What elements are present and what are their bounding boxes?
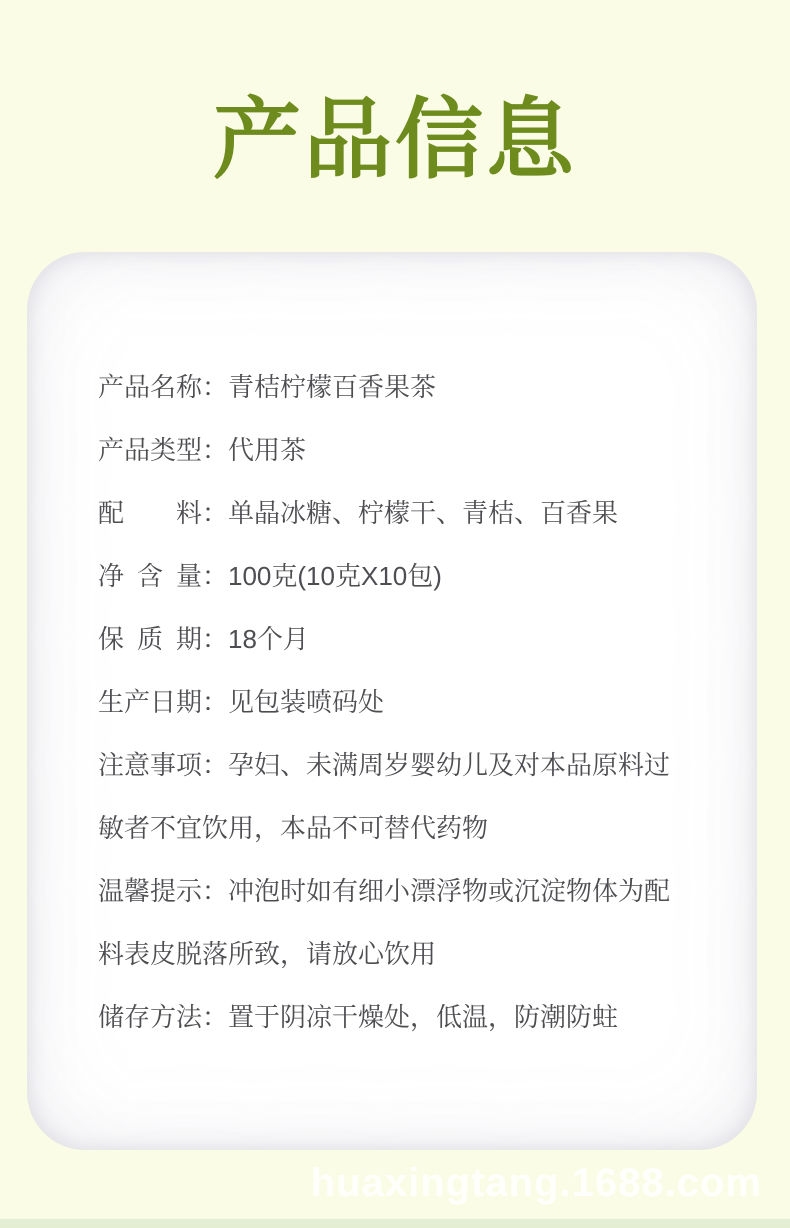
- row-colon: ：: [202, 608, 228, 671]
- row-colon: ：: [202, 482, 228, 545]
- product-row-ingredients: 配料：单晶冰糖、柠檬干、青桔、百香果: [98, 482, 682, 545]
- product-info-card: 产品名称：青桔柠檬百香果茶 产品类型：代用茶 配料：单晶冰糖、柠檬干、青桔、百香…: [27, 252, 757, 1150]
- product-row-tips: 温馨提示：冲泡时如有细小漂浮物或沉淀物体为配: [98, 860, 682, 923]
- row-label: 储存方法: [98, 986, 202, 1049]
- row-colon: ：: [202, 671, 228, 734]
- product-row-storage: 储存方法：置于阴凉干燥处，低温，防潮防蛀: [98, 986, 682, 1049]
- row-label: 产品名称: [98, 356, 202, 419]
- watermark: huaxingtang.1688.com: [311, 1161, 762, 1206]
- row-label: 温馨提示: [98, 860, 202, 923]
- row-colon: ：: [202, 356, 228, 419]
- row-colon: ：: [202, 419, 228, 482]
- row-value: 18个月: [228, 608, 309, 671]
- row-value: 100克(10克X10包): [228, 545, 442, 608]
- row-colon: ：: [202, 860, 228, 923]
- row-value: 冲泡时如有细小漂浮物或沉淀物体为配: [228, 860, 670, 923]
- row-label: 生产日期: [98, 671, 202, 734]
- row-colon: ：: [202, 545, 228, 608]
- row-label: 配料: [98, 482, 202, 545]
- product-row-name: 产品名称：青桔柠檬百香果茶: [98, 356, 682, 419]
- row-value: 单晶冰糖、柠檬干、青桔、百香果: [228, 482, 618, 545]
- row-value: 置于阴凉干燥处，低温，防潮防蛀: [228, 986, 618, 1049]
- row-label: 净含量: [98, 545, 202, 608]
- row-label: 注意事项: [98, 734, 202, 797]
- row-label: 保质期: [98, 608, 202, 671]
- product-row-type: 产品类型：代用茶: [98, 419, 682, 482]
- product-row-precautions: 注意事项：孕妇、未满周岁婴幼儿及对本品原料过: [98, 734, 682, 797]
- row-label: 产品类型: [98, 419, 202, 482]
- row-value: 代用茶: [228, 419, 306, 482]
- row-colon: ：: [202, 734, 228, 797]
- row-value: 青桔柠檬百香果茶: [228, 356, 436, 419]
- product-row-shelf-life: 保质期：18个月: [98, 608, 682, 671]
- product-row-tips-continued: 料表皮脱落所致，请放心饮用: [98, 923, 682, 986]
- row-value: 见包装喷码处: [228, 671, 384, 734]
- row-value: 孕妇、未满周岁婴幼儿及对本品原料过: [228, 734, 670, 797]
- product-row-production-date: 生产日期：见包装喷码处: [98, 671, 682, 734]
- row-colon: ：: [202, 986, 228, 1049]
- bottom-strip: [0, 1219, 790, 1228]
- product-info-list: 产品名称：青桔柠檬百香果茶 产品类型：代用茶 配料：单晶冰糖、柠檬干、青桔、百香…: [98, 356, 682, 1049]
- page-title: 产品信息: [0, 92, 790, 189]
- product-row-net-weight: 净含量：100克(10克X10包): [98, 545, 682, 608]
- product-row-precautions-continued: 敏者不宜饮用，本品不可替代药物: [98, 797, 682, 860]
